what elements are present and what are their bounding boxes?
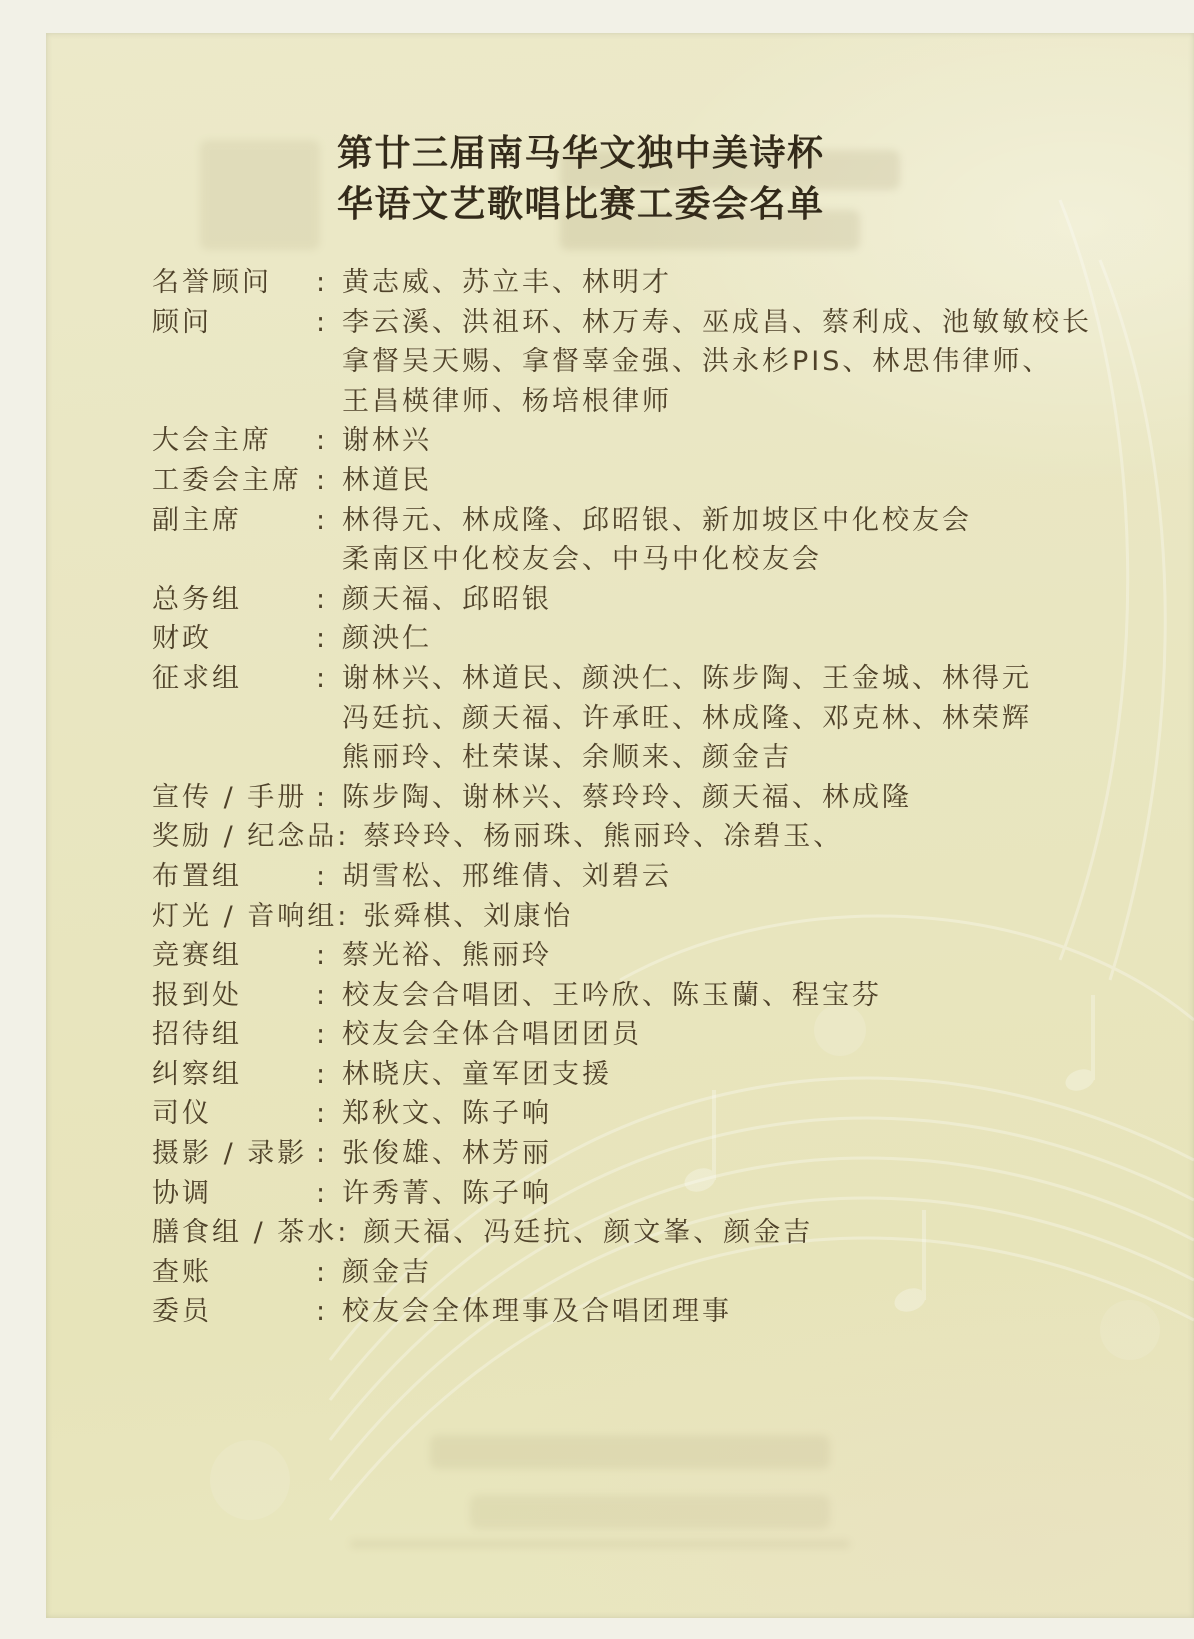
row-line: 谢林兴 [342,421,432,461]
roster-row: 招待组 : 校友会全体合唱团团员 [152,1015,1092,1055]
roster-row: 奖励 / 纪念品 : 蔡玲玲、杨丽珠、熊丽玲、凃碧玉、 [152,817,1092,857]
title-line-2: 华语文艺歌唱比赛工委会名单 [337,179,825,230]
row-line: 熊丽玲、杜荣谋、余顺来、颜金吉 [342,738,1032,778]
roster-row: 大会主席 : 谢林兴 [152,421,1092,461]
row-colon: : [316,619,342,659]
row-label: 奖励 / 纪念品 [152,817,337,857]
roster-row: 顾问 : 李云溪、洪祖环、林万寿、巫成昌、蔡利成、池敏敏校长拿督吴天赐、拿督辜金… [152,303,1092,422]
roster-row: 摄影 / 录影 : 张俊雄、林芳丽 [152,1134,1092,1174]
row-label: 顾问 [152,303,316,343]
row-colon: : [316,303,342,343]
roster-row: 总务组 : 颜天福、邱昭银 [152,580,1092,620]
row-lines: 胡雪松、邢维倩、刘碧云 [342,857,672,897]
row-line: 校友会全体理事及合唱团理事 [342,1292,732,1332]
row-lines: 黄志威、苏立丰、林明才 [342,263,672,303]
row-colon: : [337,897,363,937]
row-line: 颜天福、冯廷抗、颜文峯、颜金吉 [363,1213,813,1253]
row-lines: 校友会全体理事及合唱团理事 [342,1292,732,1332]
roster-row: 协调 : 许秀菁、陈子响 [152,1174,1092,1214]
row-colon: : [316,778,342,818]
row-colon: : [337,817,363,857]
roster-row: 司仪 : 郑秋文、陈子响 [152,1094,1092,1134]
row-label: 报到处 [152,976,316,1016]
row-colon: : [316,580,342,620]
row-lines: 颜泱仁 [342,619,432,659]
row-label: 纠察组 [152,1055,316,1095]
row-colon: : [316,263,342,303]
row-line: 黄志威、苏立丰、林明才 [342,263,672,303]
row-colon: : [316,1134,342,1174]
row-lines: 颜天福、邱昭银 [342,580,552,620]
roster-row: 查账 : 颜金吉 [152,1253,1092,1293]
roster-row: 工委会主席 : 林道民 [152,461,1092,501]
row-colon: : [316,976,342,1016]
row-lines: 李云溪、洪祖环、林万寿、巫成昌、蔡利成、池敏敏校长拿督吴天赐、拿督辜金强、洪永杉… [342,303,1092,422]
row-colon: : [316,1253,342,1293]
row-line: 校友会合唱团、王吟欣、陈玉蘭、程宝芬 [342,976,882,1016]
roster-row: 副主席 : 林得元、林成隆、邱昭银、新加坡区中化校友会柔南区中化校友会、中马中化… [152,501,1092,580]
row-colon: : [316,1292,342,1332]
row-lines: 林得元、林成隆、邱昭银、新加坡区中化校友会柔南区中化校友会、中马中化校友会 [342,501,972,580]
row-colon: : [316,1015,342,1055]
row-lines: 林晓庆、童军团支援 [342,1055,612,1095]
row-label: 征求组 [152,659,316,699]
row-lines: 林道民 [342,461,432,501]
row-lines: 颜金吉 [342,1253,432,1293]
row-label: 工委会主席 [152,461,316,501]
row-label: 招待组 [152,1015,316,1055]
row-label: 膳食组 / 茶水 [152,1213,337,1253]
roster-row: 灯光 / 音响组 : 张舜棋、刘康怡 [152,897,1092,937]
row-label: 宣传 / 手册 [152,778,316,818]
row-colon: : [316,461,342,501]
row-label: 名誉顾问 [152,263,316,303]
roster-row: 布置组 : 胡雪松、邢维倩、刘碧云 [152,857,1092,897]
row-label: 布置组 [152,857,316,897]
row-line: 蔡光裕、熊丽玲 [342,936,552,976]
row-lines: 蔡玲玲、杨丽珠、熊丽玲、凃碧玉、 [363,817,843,857]
row-colon: : [316,857,342,897]
scanned-document-page: { "page": { "title_line1": "第廿三届南马华文独中美诗… [0,0,1194,1639]
row-lines: 郑秋文、陈子响 [342,1094,552,1134]
row-lines: 颜天福、冯廷抗、颜文峯、颜金吉 [363,1213,813,1253]
roster-row: 财政 : 颜泱仁 [152,619,1092,659]
roster-row: 纠察组 : 林晓庆、童军团支援 [152,1055,1092,1095]
row-line: 张舜棋、刘康怡 [363,897,573,937]
row-lines: 陈步陶、谢林兴、蔡玲玲、颜天福、林成隆 [342,778,912,818]
roster-row: 竞赛组 : 蔡光裕、熊丽玲 [152,936,1092,976]
row-line: 谢林兴、林道民、颜泱仁、陈步陶、王金城、林得元 [342,659,1032,699]
row-line: 拿督吴天赐、拿督辜金强、洪永杉PIS、林思伟律师、 [342,342,1092,382]
row-label: 总务组 [152,580,316,620]
document-content: 第廿三届南马华文独中美诗杯 华语文艺歌唱比赛工委会名单 名誉顾问 : 黄志威、苏… [0,0,1194,1639]
row-colon: : [337,1213,363,1253]
row-lines: 谢林兴、林道民、颜泱仁、陈步陶、王金城、林得元冯廷抗、颜天福、许承旺、林成隆、邓… [342,659,1032,778]
row-label: 大会主席 [152,421,316,461]
row-colon: : [316,1094,342,1134]
row-colon: : [316,421,342,461]
roster-row: 宣传 / 手册 : 陈步陶、谢林兴、蔡玲玲、颜天福、林成隆 [152,778,1092,818]
row-line: 颜天福、邱昭银 [342,580,552,620]
row-lines: 蔡光裕、熊丽玲 [342,936,552,976]
row-line: 李云溪、洪祖环、林万寿、巫成昌、蔡利成、池敏敏校长 [342,303,1092,343]
row-lines: 张俊雄、林芳丽 [342,1134,552,1174]
row-colon: : [316,1055,342,1095]
row-lines: 校友会合唱团、王吟欣、陈玉蘭、程宝芬 [342,976,882,1016]
row-line: 张俊雄、林芳丽 [342,1134,552,1174]
row-colon: : [316,501,342,541]
row-label: 司仪 [152,1094,316,1134]
roster-row: 名誉顾问 : 黄志威、苏立丰、林明才 [152,263,1092,303]
row-line: 冯廷抗、颜天福、许承旺、林成隆、邓克林、林荣辉 [342,699,1032,739]
row-lines: 谢林兴 [342,421,432,461]
row-line: 胡雪松、邢维倩、刘碧云 [342,857,672,897]
roster: 名誉顾问 : 黄志威、苏立丰、林明才 顾问 : 李云溪、洪祖环、林万寿、巫成昌、… [152,263,1092,1332]
title-line-1: 第廿三届南马华文独中美诗杯 [337,128,825,179]
row-line: 郑秋文、陈子响 [342,1094,552,1134]
row-label: 竞赛组 [152,936,316,976]
row-line: 柔南区中化校友会、中马中化校友会 [342,540,972,580]
row-line: 林道民 [342,461,432,501]
roster-row: 报到处 : 校友会合唱团、王吟欣、陈玉蘭、程宝芬 [152,976,1092,1016]
row-line: 林得元、林成隆、邱昭银、新加坡区中化校友会 [342,501,972,541]
roster-row: 膳食组 / 茶水 : 颜天福、冯廷抗、颜文峯、颜金吉 [152,1213,1092,1253]
row-label: 财政 [152,619,316,659]
row-line: 陈步陶、谢林兴、蔡玲玲、颜天福、林成隆 [342,778,912,818]
row-label: 查账 [152,1253,316,1293]
row-line: 校友会全体合唱团团员 [342,1015,642,1055]
row-line: 王昌楧律师、杨培根律师 [342,382,1092,422]
row-colon: : [316,1174,342,1214]
row-colon: : [316,936,342,976]
row-colon: : [316,659,342,699]
row-label: 灯光 / 音响组 [152,897,337,937]
row-line: 林晓庆、童军团支援 [342,1055,612,1095]
row-line: 颜金吉 [342,1253,432,1293]
roster-row: 委员 : 校友会全体理事及合唱团理事 [152,1292,1092,1332]
row-label: 协调 [152,1174,316,1214]
row-label: 摄影 / 录影 [152,1134,316,1174]
row-line: 蔡玲玲、杨丽珠、熊丽玲、凃碧玉、 [363,817,843,857]
row-line: 颜泱仁 [342,619,432,659]
row-lines: 张舜棋、刘康怡 [363,897,573,937]
row-line: 许秀菁、陈子响 [342,1174,552,1214]
row-label: 委员 [152,1292,316,1332]
row-lines: 校友会全体合唱团团员 [342,1015,642,1055]
roster-row: 征求组 : 谢林兴、林道民、颜泱仁、陈步陶、王金城、林得元冯廷抗、颜天福、许承旺… [152,659,1092,778]
document-title: 第廿三届南马华文独中美诗杯 华语文艺歌唱比赛工委会名单 [337,128,825,230]
row-lines: 许秀菁、陈子响 [342,1174,552,1214]
row-label: 副主席 [152,501,316,541]
